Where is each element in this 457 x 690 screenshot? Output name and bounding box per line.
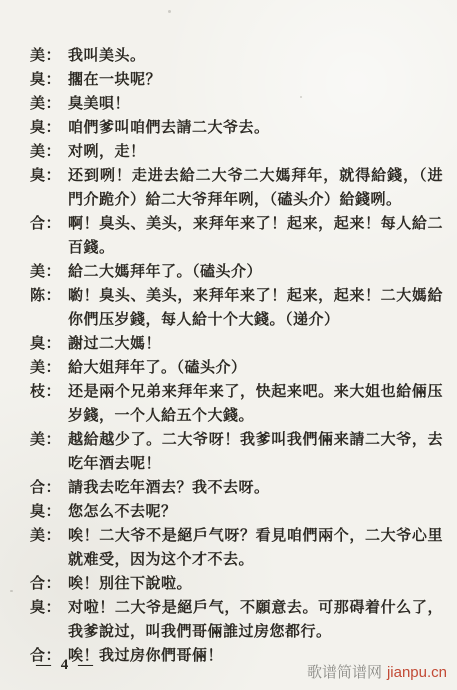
dialogue-line: 合 ： 唉！別往下說啦。 (30, 572, 443, 596)
speaker-colon: ： (46, 476, 62, 500)
speaker-colon: ： (46, 284, 62, 308)
speaker-colon: ： (46, 44, 62, 68)
speaker-colon: ： (46, 140, 62, 164)
speaker-label: 美 (30, 92, 46, 116)
dialogue-text: 謝过二大媽！ (68, 332, 443, 356)
speaker-label: 合 (30, 212, 46, 236)
speaker-colon: ： (46, 260, 62, 284)
dialogue-text: 喲！臭头、美头，来拜年来了！起来，起来！二大媽給你們压岁錢，每人給十个大錢。（递… (68, 284, 443, 332)
speaker-colon: ： (46, 68, 62, 92)
dialogue-text: 擱在一块呢？ (68, 68, 443, 92)
watermark-site-url[interactable]: jianpu.cn (387, 664, 447, 681)
speaker-label: 美 (30, 260, 46, 284)
speaker-label: 臭 (30, 68, 46, 92)
dialogue-text: 請我去吃年酒去？我不去呀。 (68, 476, 443, 500)
speaker-colon: ： (46, 428, 62, 452)
dialogue-line: 美 ： 越給越少了。二大爷呀！我爹叫我們倆来請二大爷，去吃年酒去呢！ (30, 428, 443, 476)
dialogue-text: 臭美唄！ (68, 92, 443, 116)
speaker-label: 枝 (30, 380, 46, 404)
dialogue-line: 合 ： 請我去吃年酒去？我不去呀。 (30, 476, 443, 500)
dialogue-text: 啊！臭头、美头，来拜年来了！起来，起来！每人給二百錢。 (68, 212, 443, 260)
dialogue-line: 美 ： 給二大媽拜年了。（磕头介） (30, 260, 443, 284)
speaker-label: 美 (30, 140, 46, 164)
speaker-label: 美 (30, 44, 46, 68)
speaker-colon: ： (46, 164, 62, 188)
watermark-site-name: 歌谱简谱网 (307, 664, 382, 681)
dialogue-text: 还到咧！走进去給二大爷二大媽拜年，就得給錢，（进門介跪介）給二大爷拜年咧，（磕头… (68, 164, 443, 212)
dialogue-line: 臭 ： 謝过二大媽！ (30, 332, 443, 356)
scan-speck (10, 590, 13, 592)
dialogue-line: 枝 ： 还是兩个兄弟来拜年来了，快起来吧。来大姐也給倆压岁錢，一个人給五个大錢。 (30, 380, 443, 428)
dialogue-line: 美 ： 給大姐拜年了。（磕头介） (30, 356, 443, 380)
dialogue-text: 咱們爹叫咱們去請二大爷去。 (68, 116, 443, 140)
speaker-label: 美 (30, 356, 46, 380)
page-number: — 4 — (36, 657, 96, 674)
speaker-label: 美 (30, 428, 46, 452)
speaker-colon: ： (46, 572, 62, 596)
speaker-colon: ： (46, 92, 62, 116)
dialogue-text: 越給越少了。二大爷呀！我爹叫我們倆来請二大爷，去吃年酒去呢！ (68, 428, 443, 476)
dialogue-text: 对啦！二大爷是絕戶气，不願意去。可那碍着什么了，我爹說过，叫我們哥倆誰过房您都行… (68, 596, 443, 644)
speaker-label: 臭 (30, 596, 46, 620)
dialogue-text: 对咧，走！ (68, 140, 443, 164)
dialogue-line: 臭 ： 您怎么不去呢？ (30, 500, 443, 524)
speaker-label: 臭 (30, 332, 46, 356)
speaker-label: 合 (30, 476, 46, 500)
dialogue-text: 唉！二大爷不是絕戶气呀？看見咱們兩个，二大爷心里就难受，因为这个才不去。 (68, 524, 443, 572)
dialogue-line: 美 ： 对咧，走！ (30, 140, 443, 164)
speaker-label: 陈 (30, 284, 46, 308)
speaker-colon: ： (46, 500, 62, 524)
dialogue-text: 給大姐拜年了。（磕头介） (68, 356, 443, 380)
dialogue-line: 陈 ： 喲！臭头、美头，来拜年来了！起来，起来！二大媽給你們压岁錢，每人給十个大… (30, 284, 443, 332)
dialogue-line: 美 ： 我叫美头。 (30, 44, 443, 68)
dialogue-line: 美 ： 臭美唄！ (30, 92, 443, 116)
dialogue-line: 臭 ： 咱們爹叫咱們去請二大爷去。 (30, 116, 443, 140)
dialogue-line: 美 ： 唉！二大爷不是絕戶气呀？看見咱們兩个，二大爷心里就难受，因为这个才不去。 (30, 524, 443, 572)
speaker-label: 美 (30, 524, 46, 548)
speaker-colon: ： (46, 524, 62, 548)
speaker-colon: ： (46, 380, 62, 404)
watermark: 歌谱简谱网jianpu.cn (307, 661, 447, 682)
dialogue-text: 我叫美头。 (68, 44, 443, 68)
speaker-label: 臭 (30, 500, 46, 524)
speaker-label: 合 (30, 572, 46, 596)
dialogue-list: 美 ： 我叫美头。 臭 ： 擱在一块呢？ 美 ： 臭美唄！ 臭 ： 咱們爹叫咱們… (30, 44, 443, 668)
speaker-colon: ： (46, 212, 62, 236)
speaker-colon: ： (46, 332, 62, 356)
speaker-colon: ： (46, 596, 62, 620)
dialogue-text: 唉！別往下說啦。 (68, 572, 443, 596)
scan-speck (168, 10, 171, 13)
dialogue-text: 还是兩个兄弟来拜年来了，快起来吧。来大姐也給倆压岁錢，一个人給五个大錢。 (68, 380, 443, 428)
dialogue-text: 給二大媽拜年了。（磕头介） (68, 260, 443, 284)
scanned-script-page: 美 ： 我叫美头。 臭 ： 擱在一块呢？ 美 ： 臭美唄！ 臭 ： 咱們爹叫咱們… (0, 0, 457, 690)
speaker-label: 臭 (30, 164, 46, 188)
dialogue-line: 臭 ： 还到咧！走进去給二大爷二大媽拜年，就得給錢，（进門介跪介）給二大爷拜年咧… (30, 164, 443, 212)
dialogue-text: 您怎么不去呢？ (68, 500, 443, 524)
dialogue-line: 臭 ： 对啦！二大爷是絕戶气，不願意去。可那碍着什么了，我爹說过，叫我們哥倆誰过… (30, 596, 443, 644)
dialogue-line: 臭 ： 擱在一块呢？ (30, 68, 443, 92)
speaker-colon: ： (46, 356, 62, 380)
speaker-colon: ： (46, 116, 62, 140)
dialogue-line: 合 ： 啊！臭头、美头，来拜年来了！起来，起来！每人給二百錢。 (30, 212, 443, 260)
speaker-label: 臭 (30, 116, 46, 140)
